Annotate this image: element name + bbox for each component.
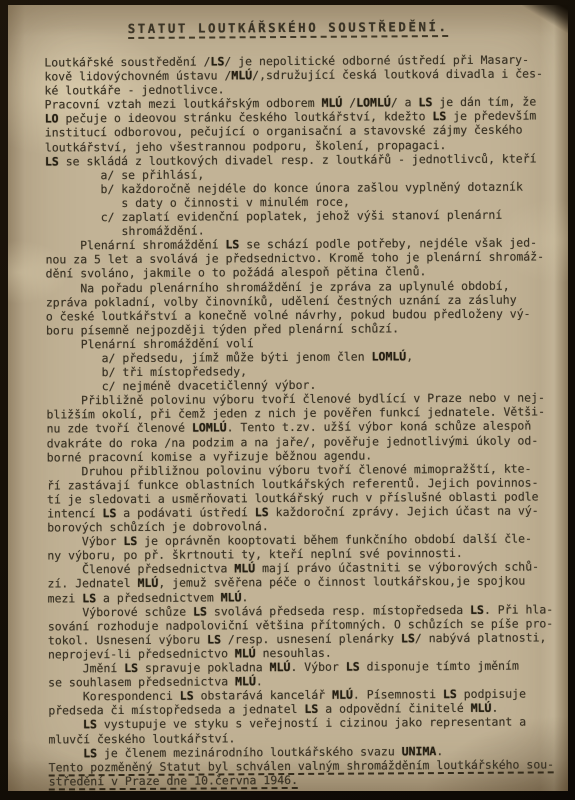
document-line: Tento pozměněný Statut byl schválen valn… (49, 757, 557, 774)
document-line: dvakráte do roka /na podzim a na jaře/, … (47, 433, 555, 450)
document-line: b/ každoročně nejdéle do konce února zaš… (45, 179, 553, 196)
document-line: LS se skládá z loutkových divadel resp. … (45, 151, 553, 168)
document-title: STATUT LOUTKÁŘSKÉHO SOUSTŘEDĚNÍ. (8, 18, 568, 39)
document-paper: STATUT LOUTKÁŘSKÉHO SOUSTŘEDĚNÍ. Loutkář… (8, 5, 568, 791)
document-line: tokol. Usnesení výboru LS /resp. usnesen… (48, 630, 556, 647)
document-line: o české loutkářství a konečně volné návr… (46, 306, 554, 323)
document-lines: Loutkářské soustředění /LS/ je nepolitic… (44, 52, 556, 788)
document-text-layer: STATUT LOUTKÁŘSKÉHO SOUSTŘEDĚNÍ. Loutkář… (8, 3, 573, 792)
